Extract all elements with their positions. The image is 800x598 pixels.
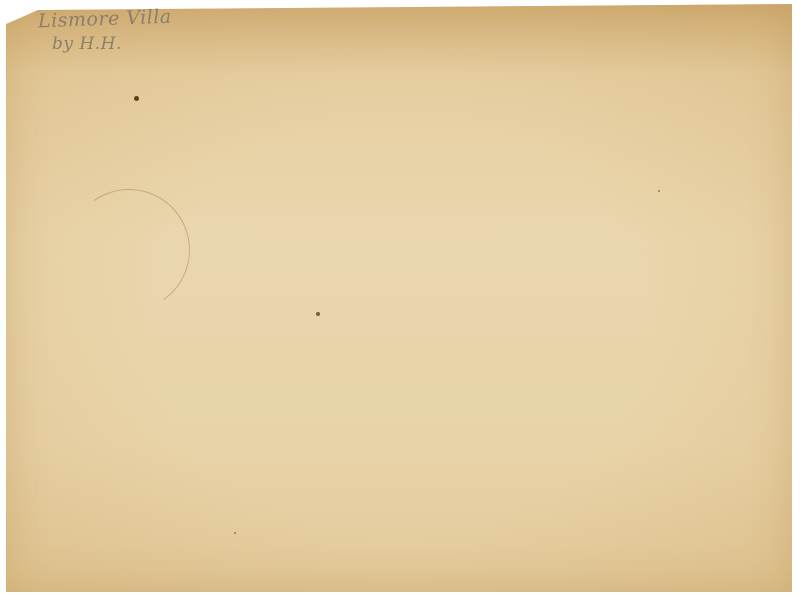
paper-sheet <box>6 4 792 592</box>
foxing-spot <box>316 312 320 316</box>
crease-mark <box>58 179 199 320</box>
handwritten-attribution: by H.H. <box>52 34 122 54</box>
handwritten-title: Lismore Villa <box>38 6 172 33</box>
foxing-spot <box>234 532 236 534</box>
foxing-spot <box>658 190 660 192</box>
foxing-spot <box>134 96 139 101</box>
